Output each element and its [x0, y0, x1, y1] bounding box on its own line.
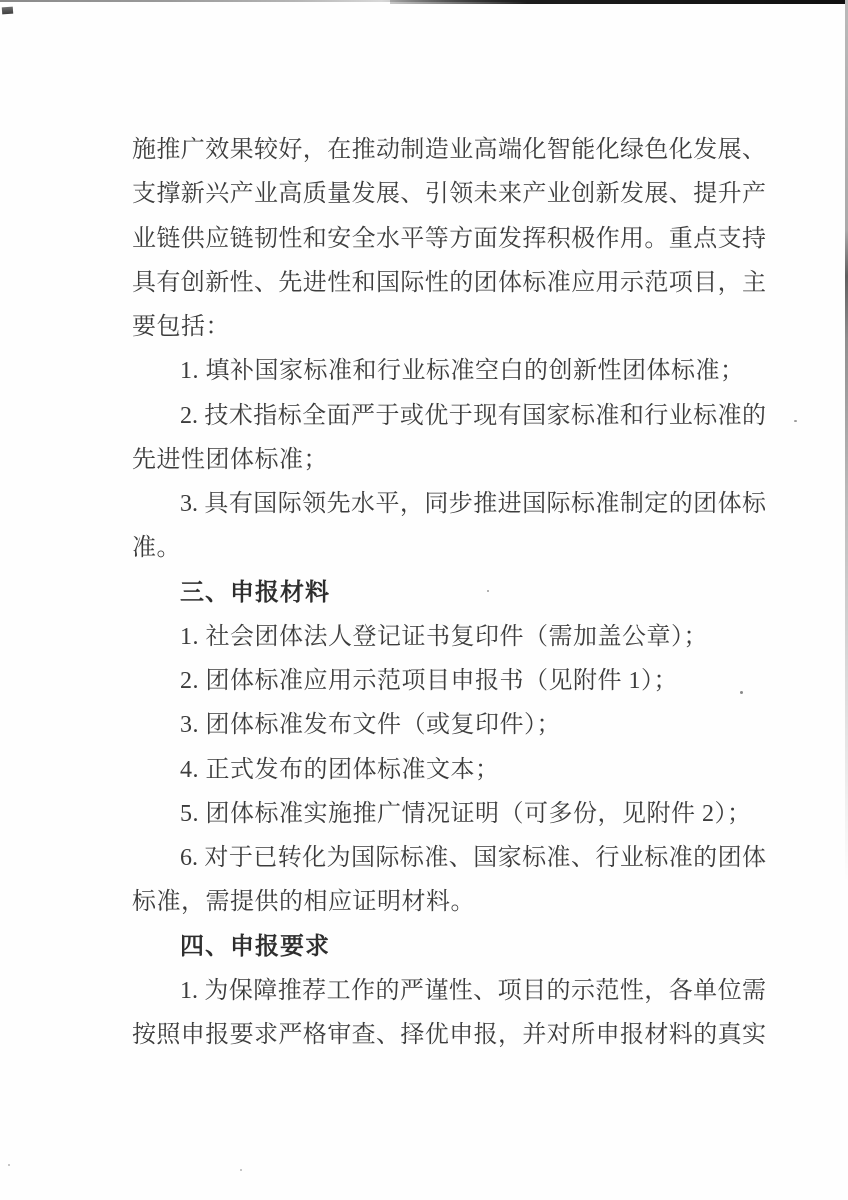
list-item: 2. 团体标准应用示范项目申报书（见附件 1）； [132, 659, 766, 703]
scan-speck [8, 1164, 10, 1166]
list-item: 1. 社会团体法人登记证书复印件（需加盖公章）； [132, 615, 766, 659]
list-item-continuation: 先进性团体标准； [132, 438, 766, 482]
paragraph-line: 按照申报要求严格审查、择优申报，并对所申报材料的真实 [132, 1013, 766, 1057]
scan-corner-mark [2, 7, 13, 15]
paragraph-line: 支撑新兴产业高质量发展、引领未来产业创新发展、提升产 [132, 172, 766, 216]
scanned-document-page: 施推广效果较好，在推动制造业高端化智能化绿色化发展、 支撑新兴产业高质量发展、引… [0, 0, 848, 1200]
section-heading-materials: 三、申报材料 [132, 571, 766, 615]
list-item: 3. 团体标准发布文件（或复印件）； [132, 703, 766, 747]
paragraph-line: 施推广效果较好，在推动制造业高端化智能化绿色化发展、 [132, 128, 766, 172]
list-item: 6. 对于已转化为国际标准、国家标准、行业标准的团体 [132, 836, 766, 880]
section-heading-requirements: 四、申报要求 [132, 925, 766, 969]
scan-speck [794, 420, 797, 422]
list-item: 4. 正式发布的团体标准文本； [132, 748, 766, 792]
scan-edge-artifact-top-dark [390, 0, 848, 4]
document-body: 施推广效果较好，在推动制造业高端化智能化绿色化发展、 支撑新兴产业高质量发展、引… [132, 128, 766, 1057]
paragraph-line: 具有创新性、先进性和国际性的团体标准应用示范项目，主 [132, 261, 766, 305]
list-item: 5. 团体标准实施推广情况证明（可多份，见附件 2）； [132, 792, 766, 836]
paragraph-line: 业链供应链韧性和安全水平等方面发挥积极作用。重点支持 [132, 217, 766, 261]
paragraph-line: 要包括： [132, 305, 766, 349]
scan-speck [240, 1169, 242, 1171]
list-item: 1. 为保障推荐工作的严谨性、项目的示范性，各单位需 [132, 969, 766, 1013]
list-item: 3. 具有国际领先水平，同步推进国际标准制定的团体标 [132, 482, 766, 526]
list-item-continuation: 标准，需提供的相应证明材料。 [132, 880, 766, 924]
list-item: 2. 技术指标全面严于或优于现有国家标准和行业标准的 [132, 394, 766, 438]
list-item: 1. 填补国家标准和行业标准空白的创新性团体标准； [132, 349, 766, 393]
list-item-continuation: 准。 [132, 526, 766, 570]
